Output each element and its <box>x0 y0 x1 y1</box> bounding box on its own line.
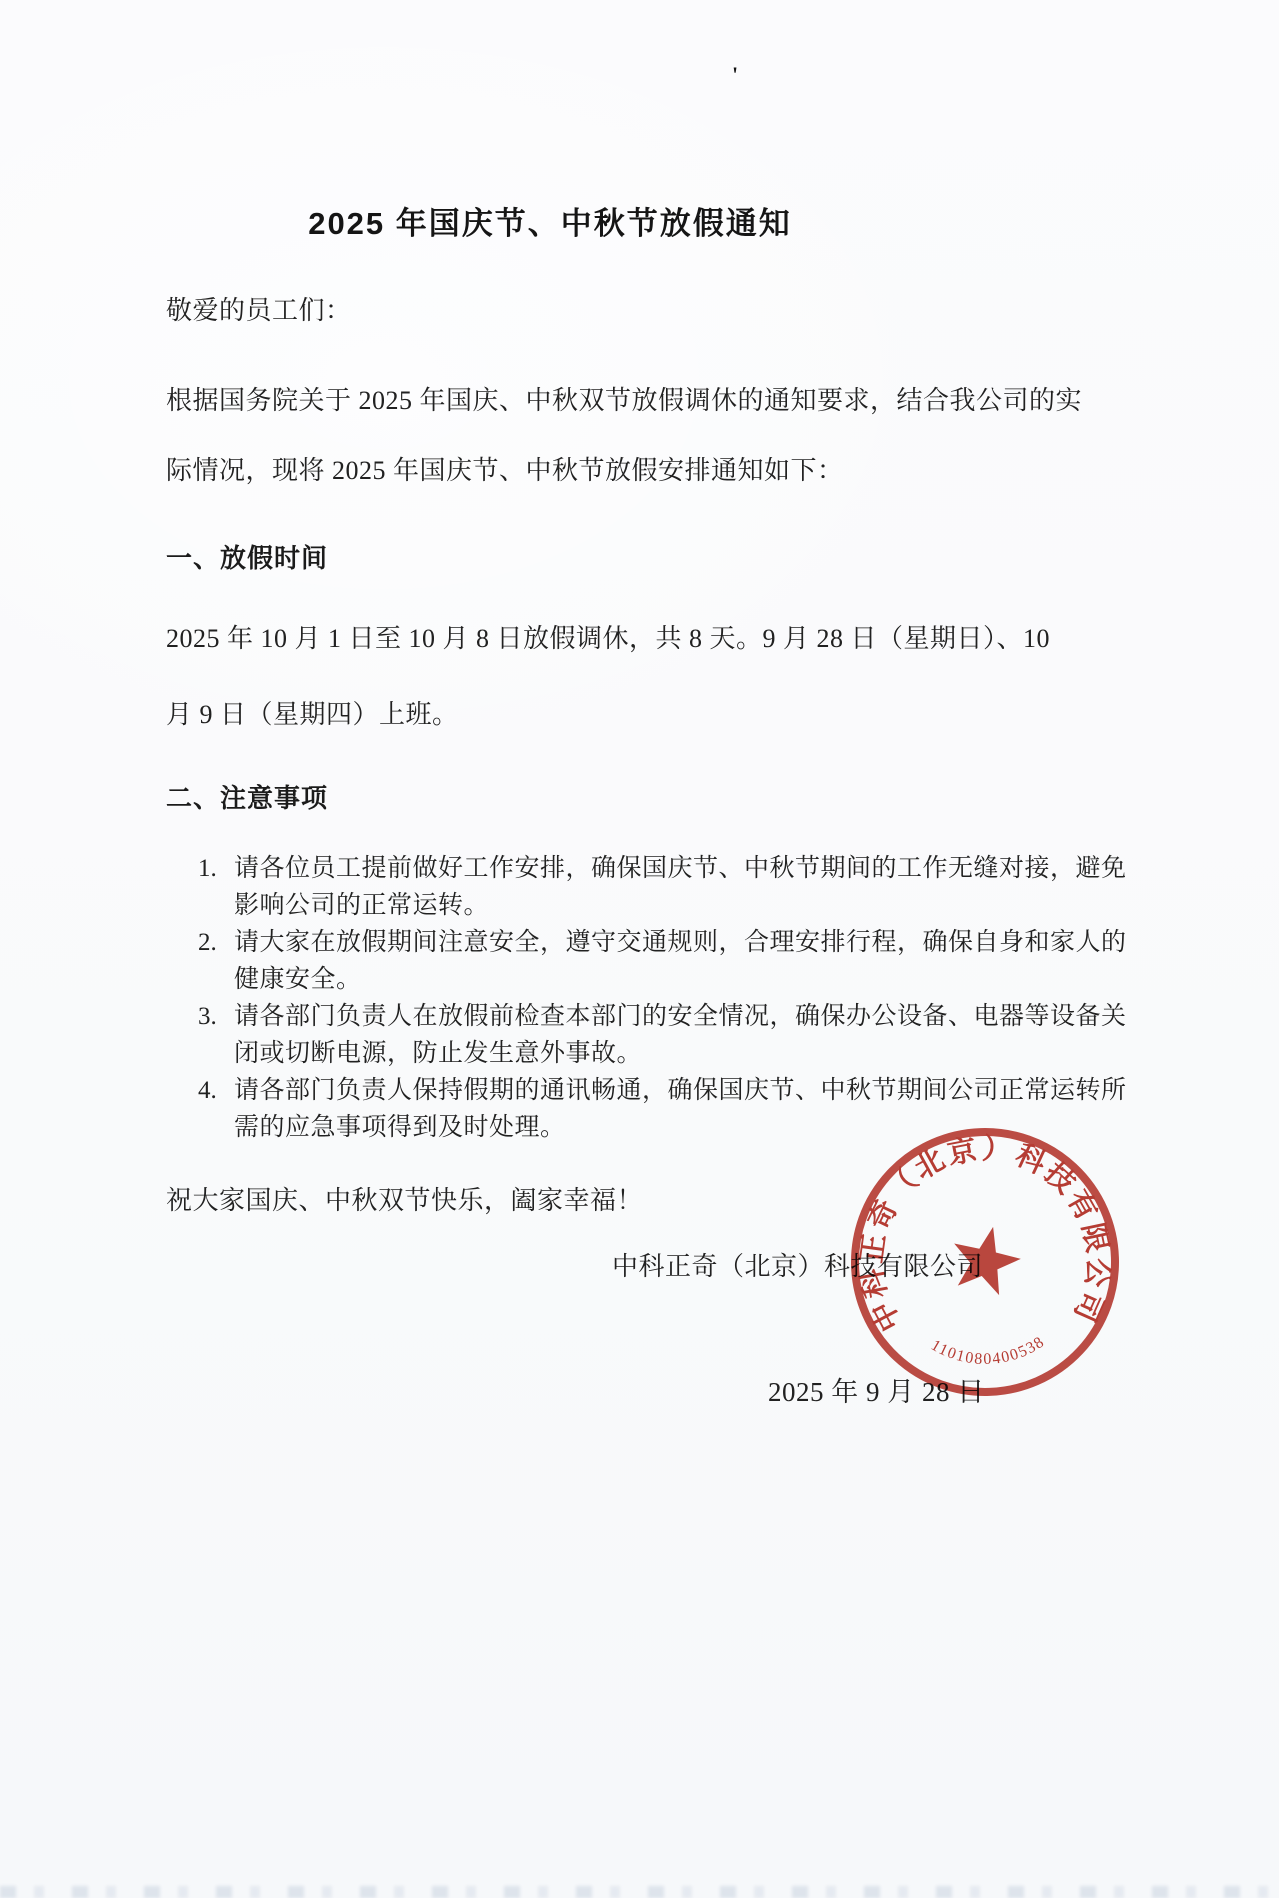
list-item-text: 请各位员工提前做好工作安排，确保国庆节、中秋节期间的工作无缝对接，避免影响公司的… <box>234 850 1133 924</box>
scan-speck: ' <box>732 62 738 88</box>
scanned-notice-page: ' 2025 年国庆节、中秋节放假通知 敬爱的员工们： 根据国务院关于 2025… <box>0 0 1279 1898</box>
intro-paragraph-line1: 根据国务院关于 2025 年国庆、中秋双节放假调休的通知要求，结合我公司的实 <box>166 380 1082 417</box>
seal-serial-number: 1101080400538 <box>927 1333 1048 1370</box>
list-item-number: 2. <box>198 924 234 998</box>
greeting-line: 敬爱的员工们： <box>166 290 352 327</box>
scan-artifact-bottom <box>0 1886 1279 1898</box>
seal-ring-text: 中科正奇（北京）科技有限公司 <box>850 1127 1118 1338</box>
holiday-time-line2: 月 9 日（星期四）上班。 <box>166 694 459 731</box>
seal-serial-holder: 1101080400538 <box>927 1333 1048 1370</box>
list-item-number: 1. <box>198 850 234 924</box>
notes-list: 1. 请各位员工提前做好工作安排，确保国庆节、中秋节期间的工作无缝对接，避免影响… <box>198 850 1133 1146</box>
closing-wish-line: 祝大家国庆、中秋双节快乐，阖家幸福！ <box>166 1180 643 1217</box>
section-heading-notes: 二、注意事项 <box>166 778 328 815</box>
notice-title: 2025 年国庆节、中秋节放假通知 <box>0 198 1100 243</box>
list-item: 3. 请各部门负责人在放假前检查本部门的安全情况，确保办公设备、电器等设备关闭或… <box>198 998 1133 1072</box>
list-item-number: 4. <box>198 1072 234 1146</box>
intro-paragraph-line2: 际情况，现将 2025 年国庆节、中秋节放假安排通知如下： <box>166 450 844 487</box>
seal-star-icon <box>945 1219 1026 1298</box>
list-item: 1. 请各位员工提前做好工作安排，确保国庆节、中秋节期间的工作无缝对接，避免影响… <box>198 850 1133 924</box>
list-item-text: 请大家在放假期间注意安全，遵守交通规则，合理安排行程，确保自身和家人的健康安全。 <box>234 924 1133 998</box>
section-heading-holiday-time: 一、放假时间 <box>166 538 328 575</box>
list-item: 2. 请大家在放假期间注意安全，遵守交通规则，合理安排行程，确保自身和家人的健康… <box>198 924 1133 998</box>
seal-ring-text-holder: 中科正奇（北京）科技有限公司 <box>850 1127 1118 1338</box>
list-item-number: 3. <box>198 998 234 1072</box>
list-item-text: 请各部门负责人在放假前检查本部门的安全情况，确保办公设备、电器等设备关闭或切断电… <box>234 998 1133 1072</box>
company-seal-stamp: 中科正奇（北京）科技有限公司 1101080400538 <box>836 1113 1134 1411</box>
holiday-time-line1: 2025 年 10 月 1 日至 10 月 8 日放假调休，共 8 天。9 月 … <box>166 618 1050 655</box>
